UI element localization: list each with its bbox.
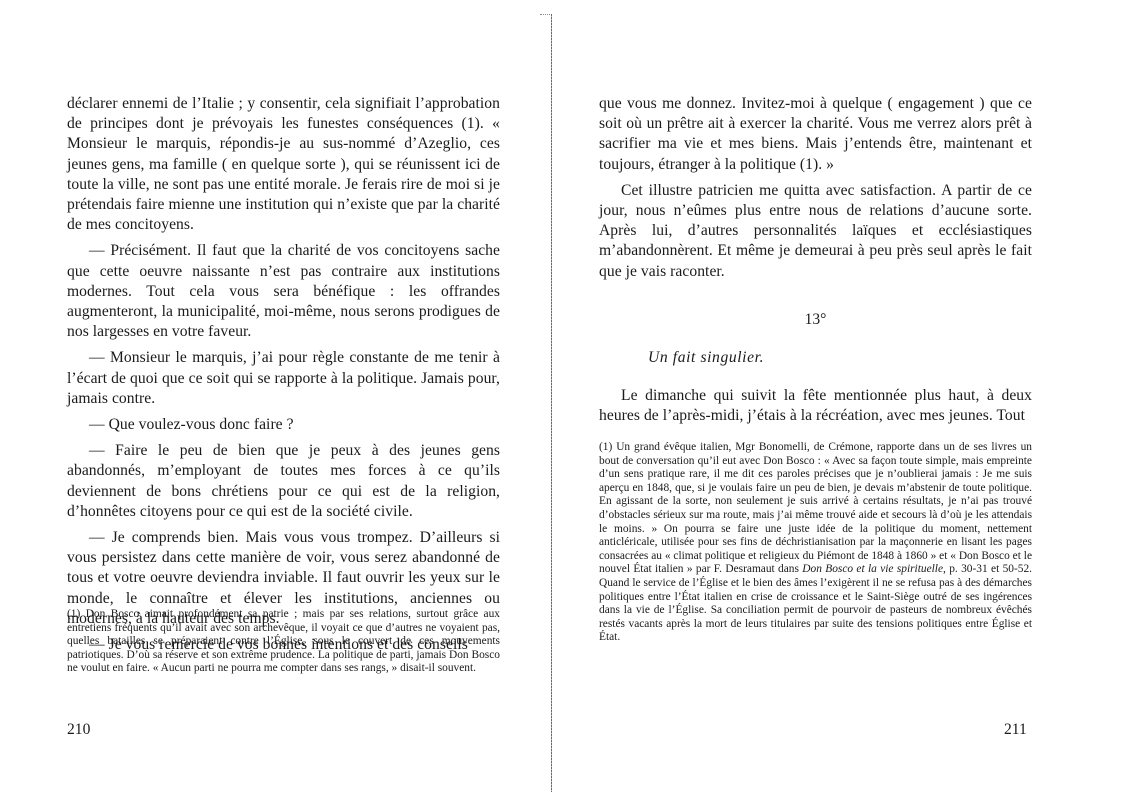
- footnote-text: (1) Don Bosco aimait profondément sa pat…: [67, 608, 500, 676]
- right-page-body-top: que vous me donnez. Invitez-moi à quelqu…: [599, 94, 1032, 282]
- page-number-right: 211: [1004, 721, 1027, 739]
- paragraph: que vous me donnez. Invitez-moi à quelqu…: [599, 94, 1032, 175]
- paragraph: — Précisément. Il faut que la charité de…: [67, 241, 500, 342]
- book-title-italic: Don Bosco et la vie spirituelle: [802, 563, 943, 575]
- chapter-title: Un fait singulier.: [648, 349, 764, 367]
- left-page-body: déclarer ennemi de l’Italie ; y consenti…: [67, 94, 500, 655]
- left-page: déclarer ennemi de l’Italie ; y consenti…: [0, 0, 540, 794]
- paragraph: — Que voulez-vous donc faire ?: [67, 415, 500, 435]
- page-number-left: 210: [67, 721, 90, 739]
- paragraph: Le dimanche qui suivit la fête mentionné…: [599, 386, 1032, 426]
- right-page-footnote: (1) Un grand évêque italien, Mgr Bonomel…: [599, 441, 1032, 645]
- paragraph: — Monsieur le marquis, j’ai pour règle c…: [67, 348, 500, 409]
- paragraph: — Faire le peu de bien que je peux à des…: [67, 441, 500, 522]
- left-page-footnote: (1) Don Bosco aimait profondément sa pat…: [67, 608, 500, 676]
- footnote-text: (1) Un grand évêque italien, Mgr Bonomel…: [599, 441, 1032, 645]
- chapter-number: 13°: [599, 311, 1032, 329]
- paragraph: Cet illustre patricien me quitta avec sa…: [599, 181, 1032, 282]
- right-page-body-chapter: Le dimanche qui suivit la fête mentionné…: [599, 386, 1032, 426]
- footnote-text-part: (1) Un grand évêque italien, Mgr Bonomel…: [599, 441, 1032, 575]
- paragraph: déclarer ennemi de l’Italie ; y consenti…: [67, 94, 500, 235]
